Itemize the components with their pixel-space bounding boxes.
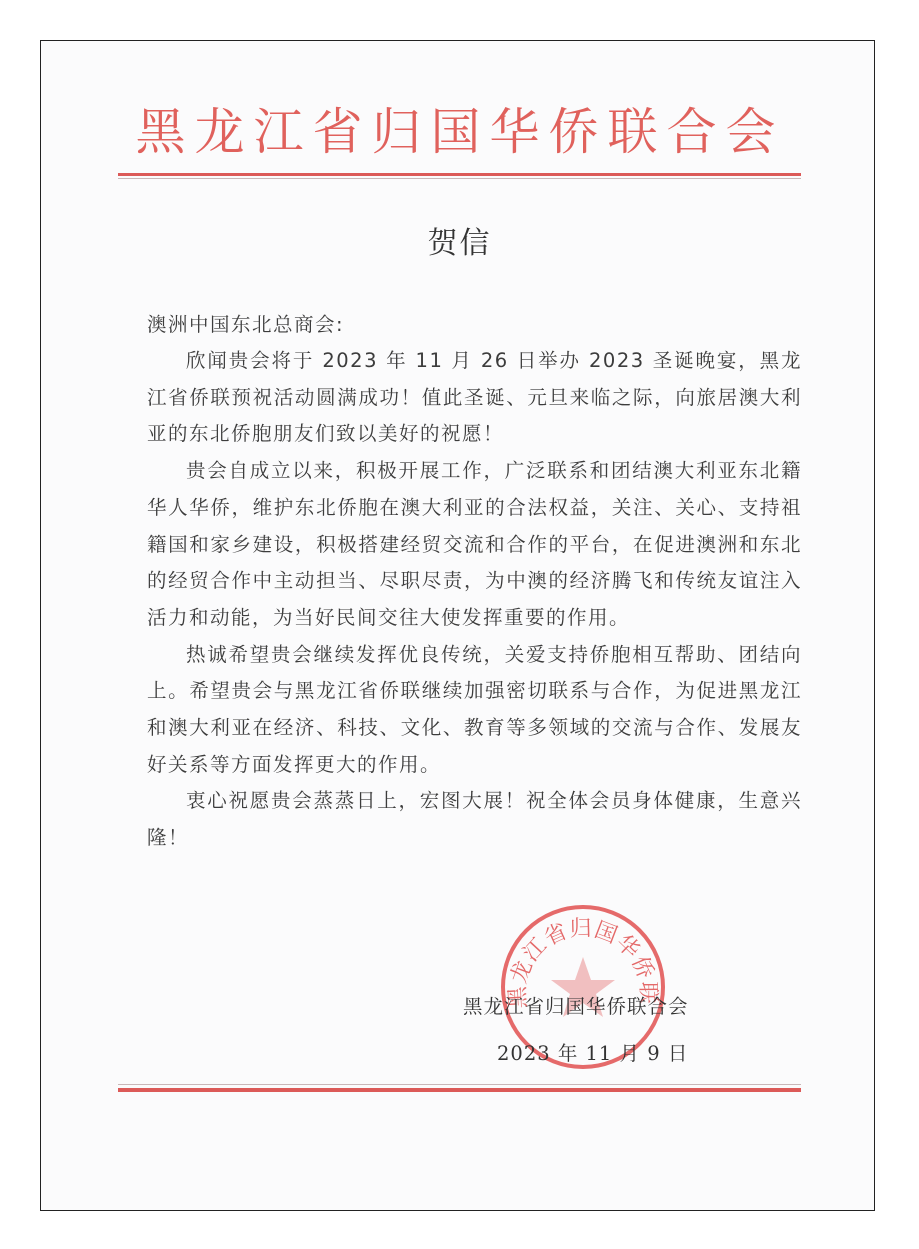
document-title: 贺信	[0, 218, 919, 262]
paragraph-2: 贵会自成立以来，积极开展工作，广泛联系和团结澳大利亚东北籍华人华侨，维护东北侨胞…	[147, 453, 802, 637]
footer-rule-red	[118, 1088, 801, 1092]
signature-date: 2023 年 11 月 9 日	[497, 1038, 688, 1066]
letter-body: 欣闻贵会将于 2023 年 11 月 26 日举办 2023 圣诞晚宴，黑龙江省…	[147, 343, 802, 857]
paragraph-1: 欣闻贵会将于 2023 年 11 月 26 日举办 2023 圣诞晚宴，黑龙江省…	[147, 343, 802, 453]
paragraph-4: 衷心祝愿贵会蒸蒸日上，宏图大展！祝全体会员身体健康，生意兴隆！	[147, 783, 802, 856]
letterhead-organization: 黑龙江省归国华侨联合会	[118, 102, 802, 162]
paragraph-3: 热诚希望贵会继续发挥优良传统，关爱支持侨胞相互帮助、团结向上。希望贵会与黑龙江省…	[147, 637, 802, 784]
letterhead-rule-red	[118, 173, 801, 176]
letterhead-rule-grey	[118, 178, 801, 179]
salutation: 澳洲中国东北总商会:	[147, 307, 802, 344]
signature-organization: 黑龙江省归国华侨联合会	[463, 991, 689, 1019]
footer-rule-grey	[118, 1084, 801, 1085]
